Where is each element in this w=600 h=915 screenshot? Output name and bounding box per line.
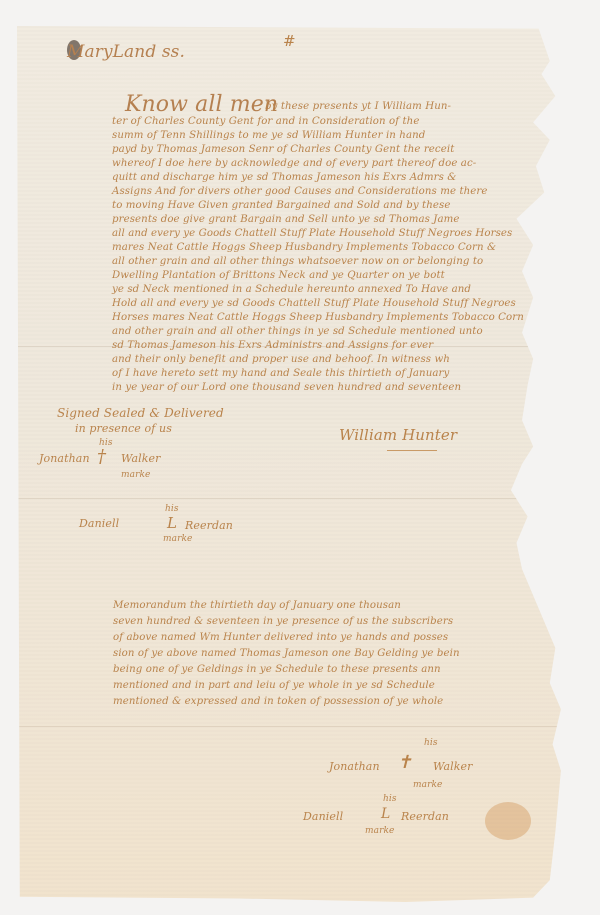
opening-words: Know all men xyxy=(125,92,278,117)
body-line: by these presents yt I William Hun- xyxy=(265,101,451,112)
body-line: of I have hereto sett my hand and Seale … xyxy=(112,368,449,379)
witness-first-name: Daniell xyxy=(303,810,343,823)
body-line: summ of Tenn Shillings to me ye sd Willi… xyxy=(112,130,425,141)
witness-mark-icon: ✝ xyxy=(397,752,412,773)
witness-mark-icon: L xyxy=(381,806,390,822)
manuscript-page: MaryLand ss. # Know all men by these pre… xyxy=(17,26,572,902)
witness-last-name: Walker xyxy=(433,760,472,773)
body-line: ter of Charles County Gent for and in Co… xyxy=(112,116,419,127)
witness-marke: marke xyxy=(413,780,442,790)
water-stain xyxy=(485,802,531,840)
memorandum-line: seven hundred & seventeen in ye presence… xyxy=(113,616,453,627)
memorandum-line: sion of ye above named Thomas Jameson on… xyxy=(113,648,460,659)
fold-line xyxy=(17,498,572,499)
witness-mark-icon: † xyxy=(97,446,106,467)
body-line: ye sd Neck mentioned in a Schedule hereu… xyxy=(112,284,471,295)
memorandum-line: Memorandum the thirtieth day of January … xyxy=(113,600,401,611)
body-line: Dwelling Plantation of Brittons Neck and… xyxy=(112,270,445,281)
body-line: Horses mares Neat Cattle Hoggs Sheep Hus… xyxy=(112,312,524,323)
body-line: payd by Thomas Jameson Senr of Charles C… xyxy=(112,144,454,155)
body-line: all other grain and all other things wha… xyxy=(112,256,483,267)
body-line: and other grain and all other things in … xyxy=(112,326,483,337)
body-line: sd Thomas Jameson his Exrs Administrs an… xyxy=(112,340,433,351)
witness-first-name: Jonathan xyxy=(329,760,380,773)
corner-mark: # xyxy=(283,32,296,50)
witness-his: his xyxy=(165,504,179,514)
witness-first-name: Jonathan xyxy=(39,452,90,465)
memorandum-line: of above named Wm Hunter delivered into … xyxy=(113,632,448,643)
body-line: quitt and discharge him ye sd Thomas Jam… xyxy=(112,172,456,183)
body-line: in ye year of our Lord one thousand seve… xyxy=(112,382,461,393)
witness-marke: marke xyxy=(121,470,150,480)
attestation-line-1: Signed Sealed & Delivered xyxy=(57,406,224,420)
body-line: all and every ye Goods Chattell Stuff Pl… xyxy=(112,228,512,239)
witness-marke: marke xyxy=(163,534,192,544)
body-line: Assigns And for divers other good Causes… xyxy=(112,186,488,197)
grantor-signature: William Hunter xyxy=(339,426,457,444)
witness-marke: marke xyxy=(365,826,394,836)
witness-last-name: Walker xyxy=(121,452,160,465)
witness-last-name: Reerdan xyxy=(185,519,233,532)
memorandum-line: mentioned and in part and leiu of ye who… xyxy=(113,680,435,691)
attestation-line-2: in presence of us xyxy=(75,422,172,435)
witness-first-name: Daniell xyxy=(79,517,119,530)
witness-his: his xyxy=(424,738,438,748)
witness-mark-icon: L xyxy=(167,514,177,532)
body-line: to moving Have Given granted Bargained a… xyxy=(112,200,450,211)
body-line: and their only benefit and proper use an… xyxy=(112,354,450,365)
signature-flourish xyxy=(387,450,437,451)
fold-line xyxy=(17,726,572,727)
body-line: mares Neat Cattle Hoggs Sheep Husbandry … xyxy=(112,242,496,253)
memorandum-line: being one of ye Geldings in ye Schedule … xyxy=(113,664,441,675)
witness-his: his xyxy=(383,794,397,804)
body-line: whereof I doe here by acknowledge and of… xyxy=(112,158,476,169)
heading: MaryLand ss. xyxy=(67,42,185,62)
body-line: Hold all and every ye sd Goods Chattell … xyxy=(112,298,516,309)
memorandum-line: mentioned & expressed and in token of po… xyxy=(113,696,443,707)
body-line: presents doe give grant Bargain and Sell… xyxy=(112,214,460,225)
witness-last-name: Reerdan xyxy=(401,810,449,823)
